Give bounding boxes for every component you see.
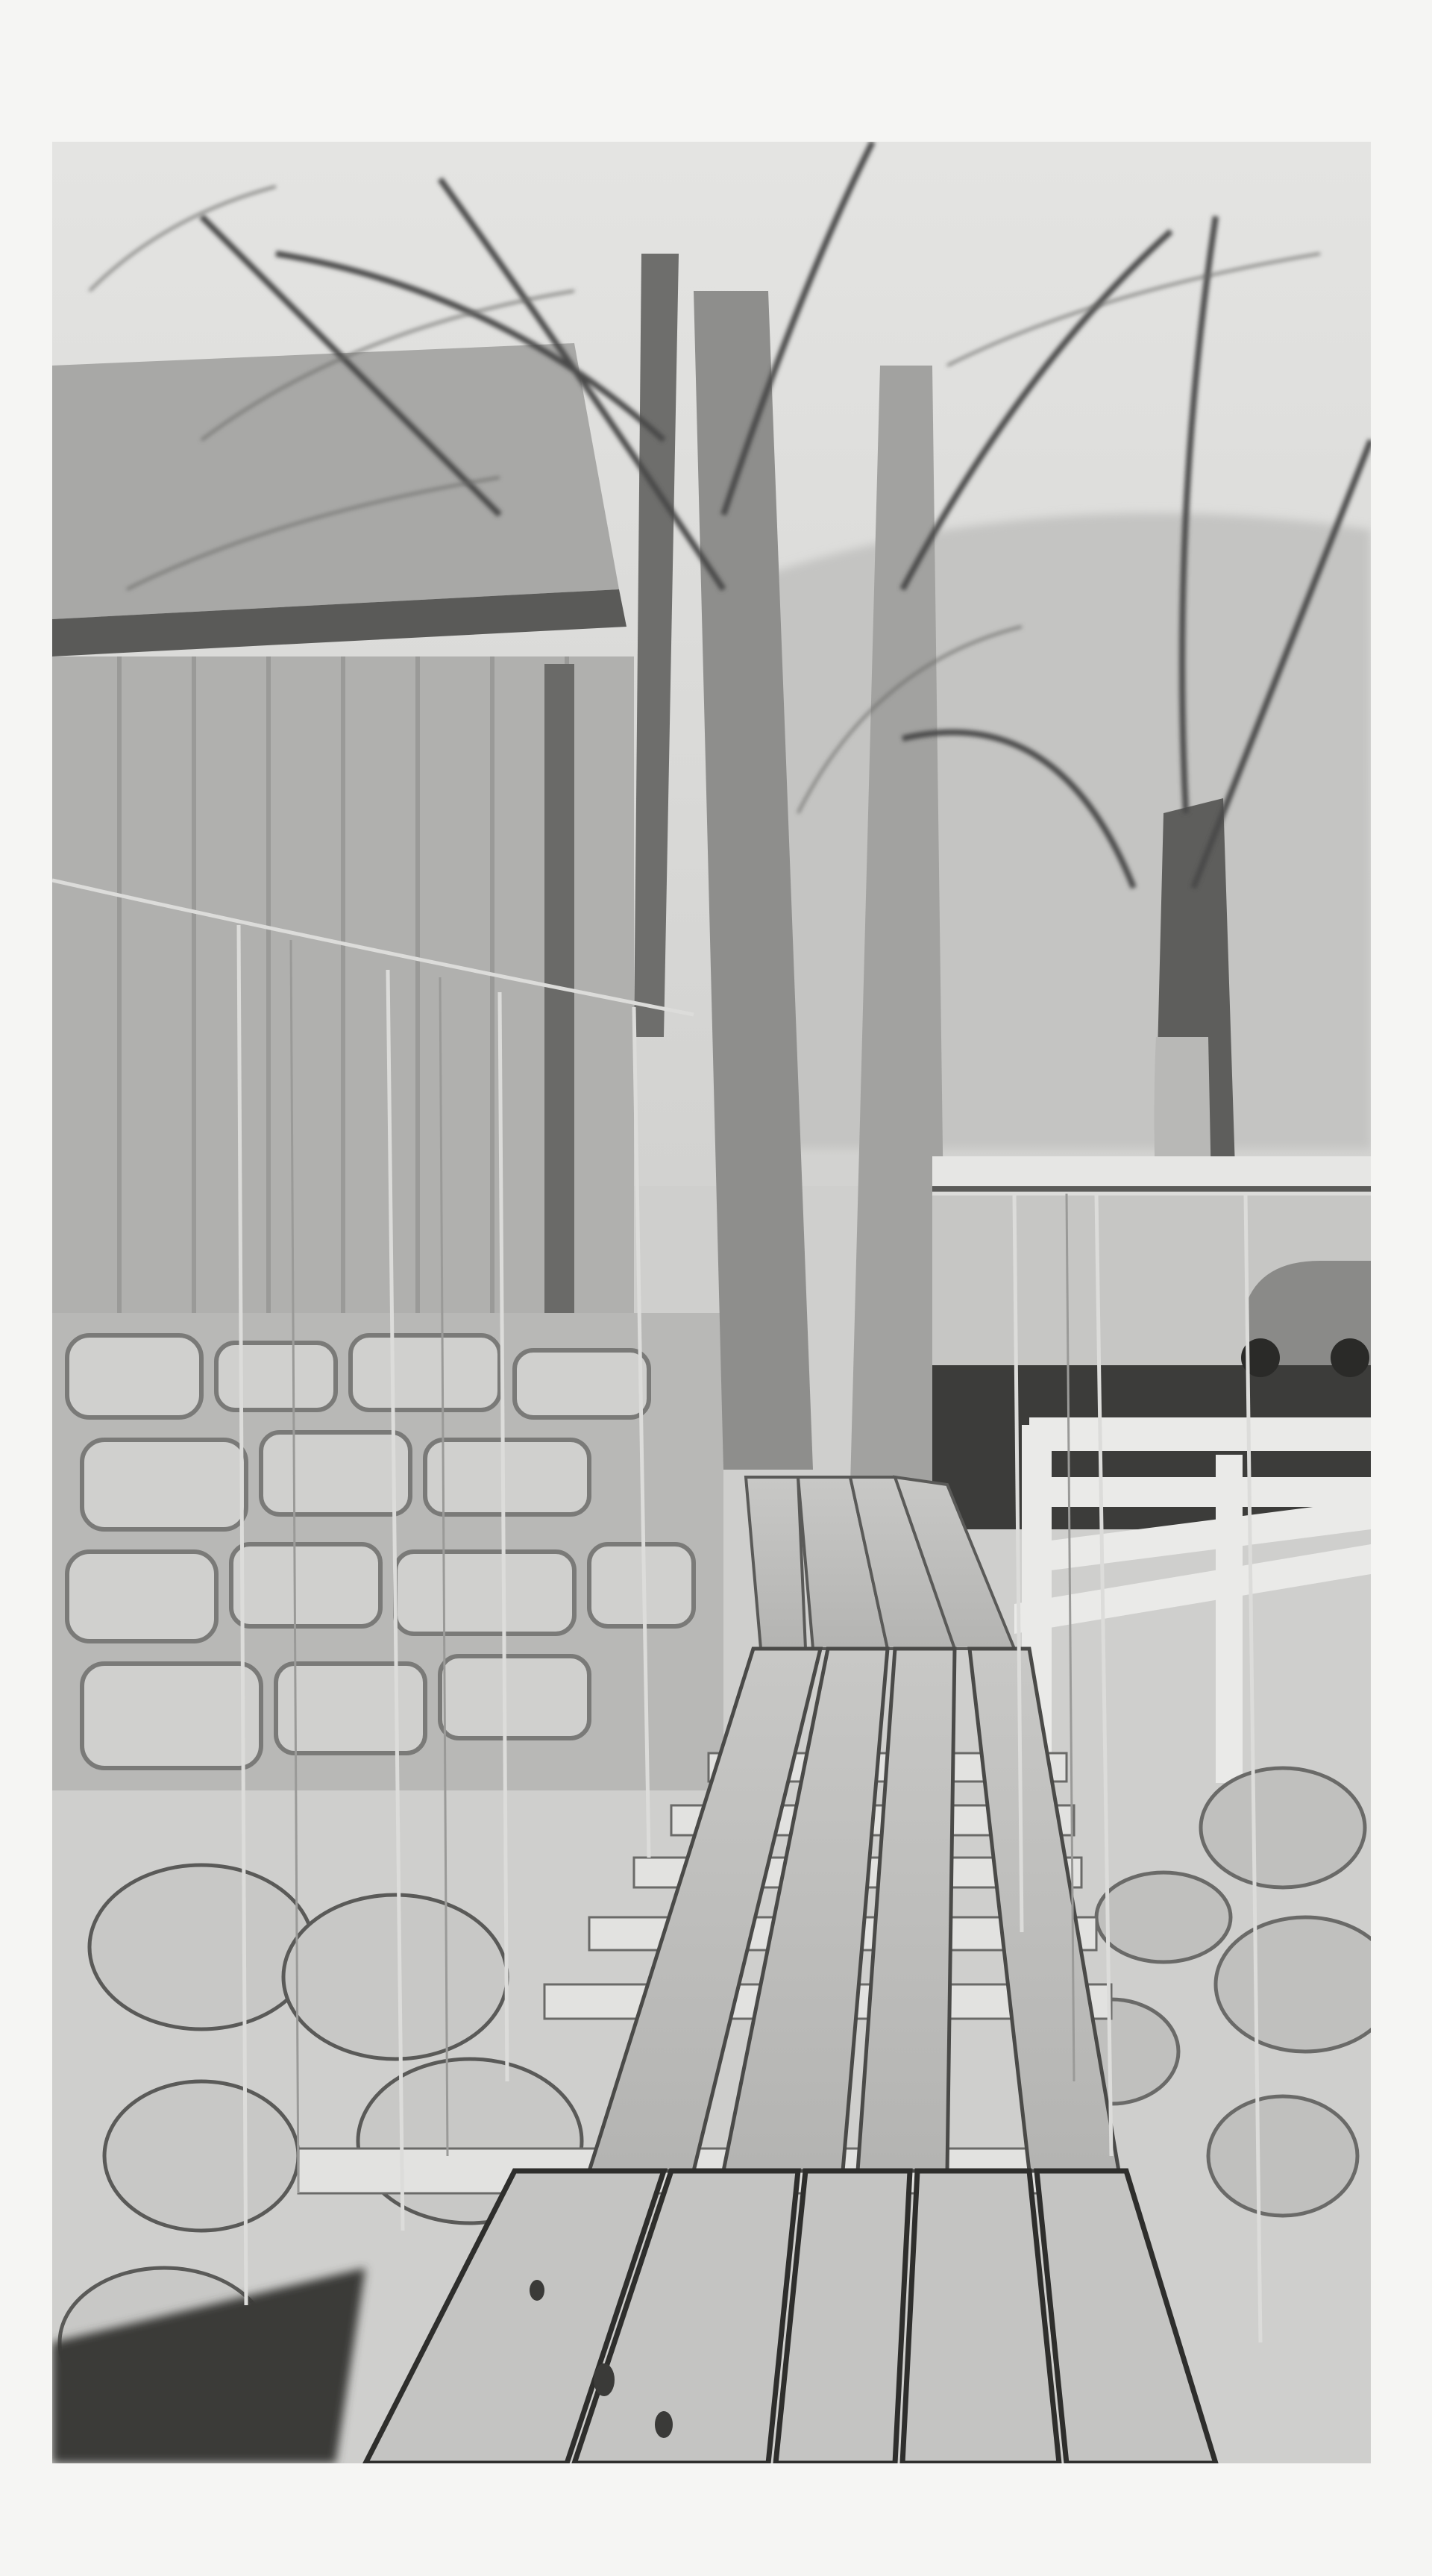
barn-roof <box>52 343 619 619</box>
bridge-near-deck <box>365 2171 1216 2463</box>
cable-tower-crossbar <box>932 1156 1371 1190</box>
photograph: Vintage photo of a rustic wooden plank f… <box>52 142 1371 2463</box>
photo-scene <box>52 142 1371 2463</box>
hillside <box>723 513 1371 1149</box>
stone-wall-left <box>52 1313 723 1790</box>
